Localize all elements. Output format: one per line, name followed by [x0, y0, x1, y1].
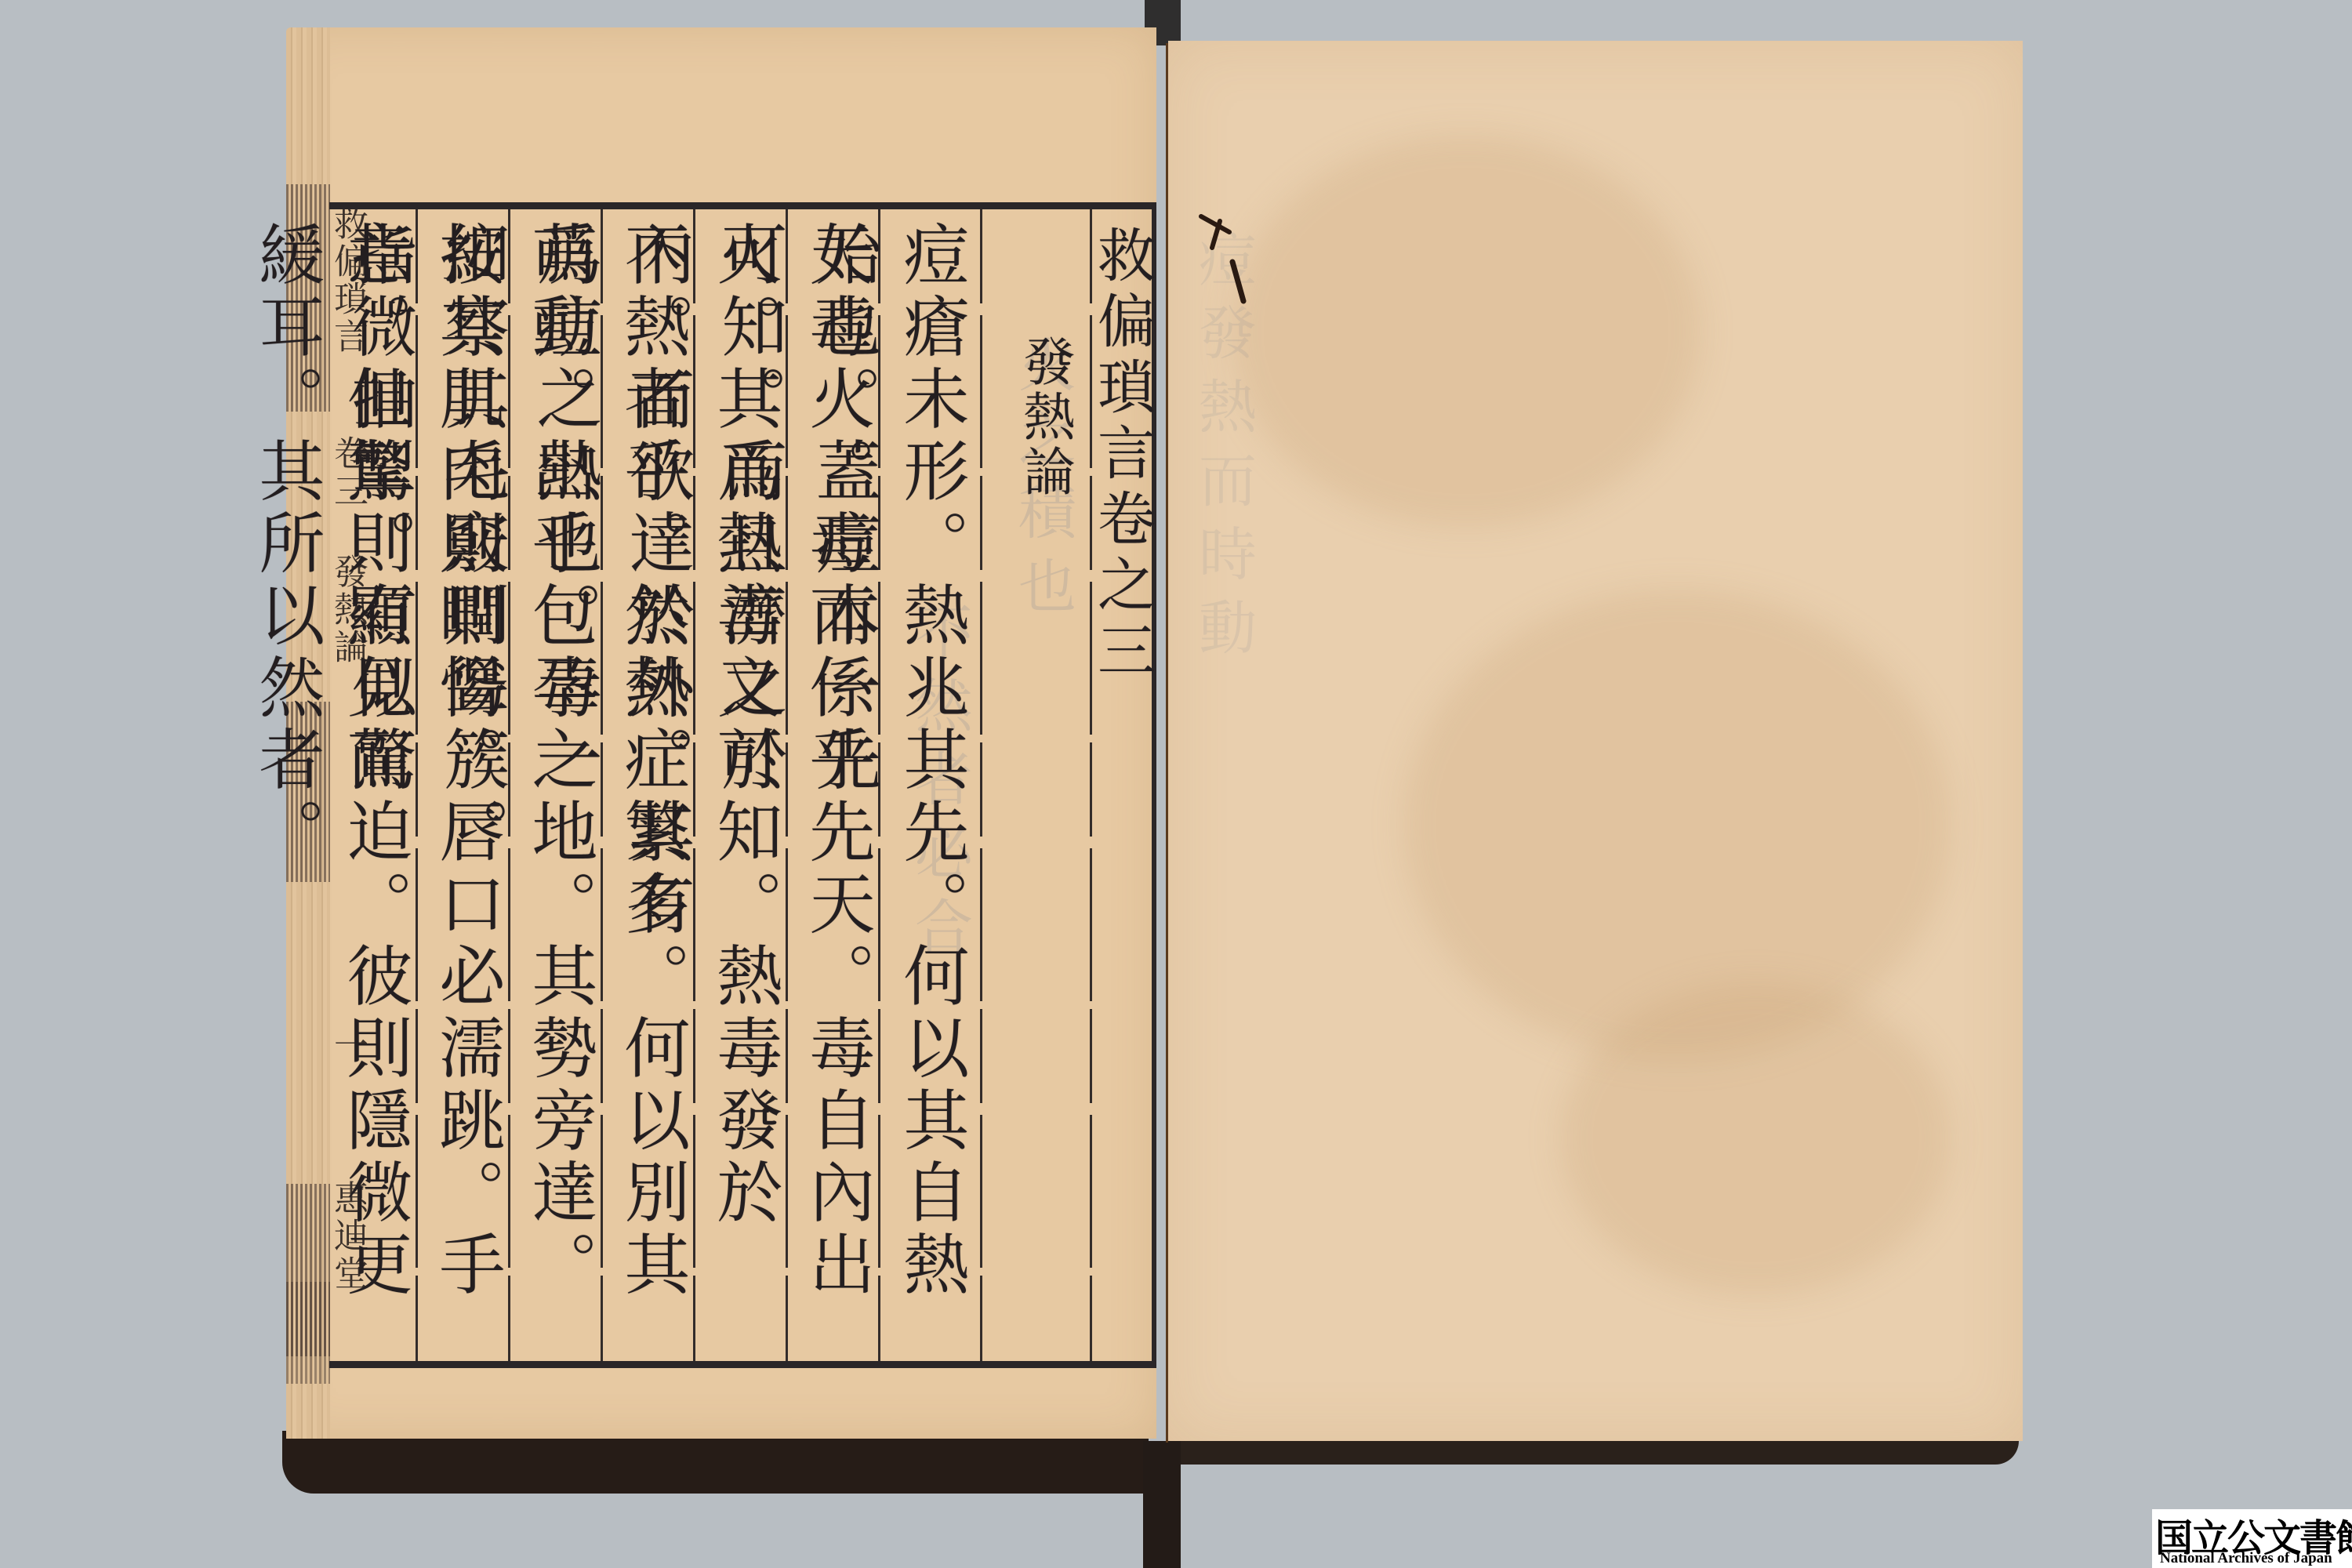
printed-text-frame: 火之積也 不然者必合 救偏瑣言卷之三 發熱論 痘瘡未形。熱兆其先。何以其自熱始也…	[329, 202, 1156, 1368]
right-page-bottom-edge	[1176, 1441, 2019, 1465]
text-column-7: 意。但驚則顯見而迫。彼則隱微更緩耳。其所以然者。	[331, 220, 419, 1361]
text-column-6: 按其肌肉則瞤惕。唇口必濡跳。手指微抽掣。有似驚	[423, 220, 511, 1361]
text-column-5: 萌動。出乎包孕之地。其勢旁達。細察其毛竅則聳簇。	[516, 220, 604, 1361]
book-block-bottom-edge	[282, 1431, 1149, 1494]
volume-title: 救偏瑣言卷之三	[1098, 225, 1152, 686]
text-column-3: 火。其爲熱毒又可知。熱毒發於內。而欲達於外。其有	[701, 220, 789, 1361]
right-page-blank: 痘發熱而時動	[1168, 41, 2023, 1441]
gutter-fold	[1166, 43, 1168, 1443]
section-heading: 發熱論	[986, 335, 1088, 499]
text-column-2: 天毒火。毒而係乎先天。毒自內出可知。而且濟之於	[793, 220, 881, 1361]
column-rule	[980, 209, 982, 1361]
text-column-4: 不熱者乎。然熱症繁多。何以別其爲痘之熱也。毒一	[608, 220, 696, 1361]
binding-spine-bottom	[1143, 1441, 1181, 1568]
text-column-1: 痘瘡未形。熱兆其先。何以其自熱始也。蓋痘本一先	[887, 220, 975, 1361]
watermark-english: National Archives of Japan	[2160, 1550, 2332, 1567]
archive-watermark-logo: 国立公文書館 National Archives of Japan	[2152, 1509, 2352, 1568]
handwritten-mark-icon	[1198, 213, 1253, 315]
